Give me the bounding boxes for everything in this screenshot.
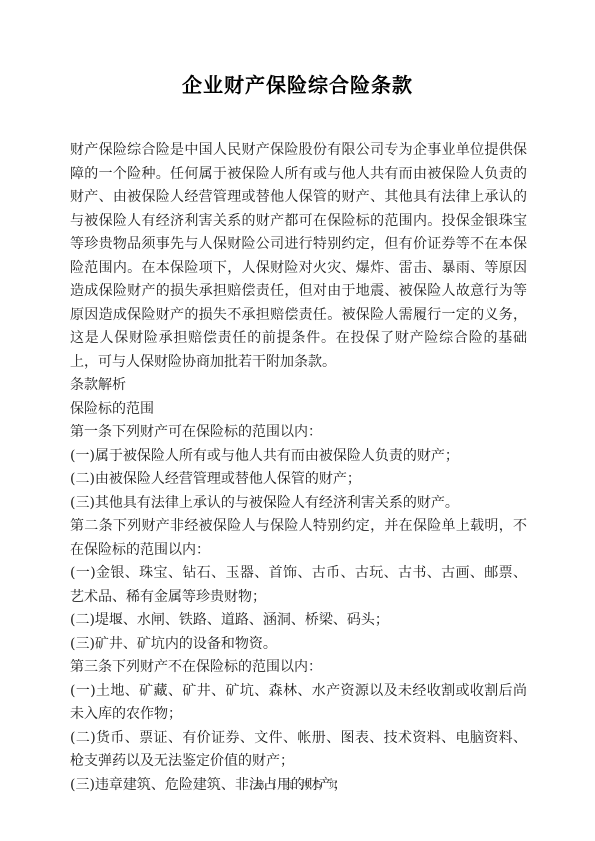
paragraph: (三)矿井、矿坑内的设备和物资。	[70, 633, 527, 657]
document-body: 财产保险综合险是中国人民财产保险股份有限公司专为企事业单位提供保障的一个险种。任…	[70, 139, 527, 797]
page-title: 企业财产保险综合险条款	[0, 0, 595, 99]
page-number: 第 1 页 共 5 页	[0, 778, 595, 791]
paragraph: 保险标的范围	[70, 398, 527, 422]
paragraph: 财产保险综合险是中国人民财产保险股份有限公司专为企事业单位提供保障的一个险种。任…	[70, 139, 527, 374]
paragraph: (一)土地、矿藏、矿井、矿坑、森林、水产资源以及未经收割或收割后尚未入库的农作物…	[70, 680, 527, 727]
paragraph: (二)由被保险人经营管理或替他人保管的财产；	[70, 468, 527, 492]
paragraph: 第二条下列财产非经被保险人与保险人特别约定，并在保险单上载明，不在保险标的范围以…	[70, 515, 527, 562]
paragraph: (三)其他具有法律上承认的与被保险人有经济利害关系的财产。	[70, 492, 527, 516]
paragraph: (一)属于被保险人所有或与他人共有而由被保险人负责的财产；	[70, 445, 527, 469]
paragraph: 第一条下列财产可在保险标的范围以内：	[70, 421, 527, 445]
paragraph: (二)堤堰、水闸、铁路、道路、涵洞、桥梁、码头；	[70, 609, 527, 633]
paragraph: 第三条下列财产不在保险标的范围以内：	[70, 656, 527, 680]
document-page: 企业财产保险综合险条款 财产保险综合险是中国人民财产保险股份有限公司专为企事业单…	[0, 0, 595, 841]
paragraph: 条款解析	[70, 374, 527, 398]
paragraph: (二)货币、票证、有价证券、文件、帐册、图表、技术资料、电脑资料、枪支弹药以及无…	[70, 727, 527, 774]
paragraph: (一)金银、珠宝、钻石、玉器、首饰、古币、古玩、古书、古画、邮票、艺术品、稀有金…	[70, 562, 527, 609]
